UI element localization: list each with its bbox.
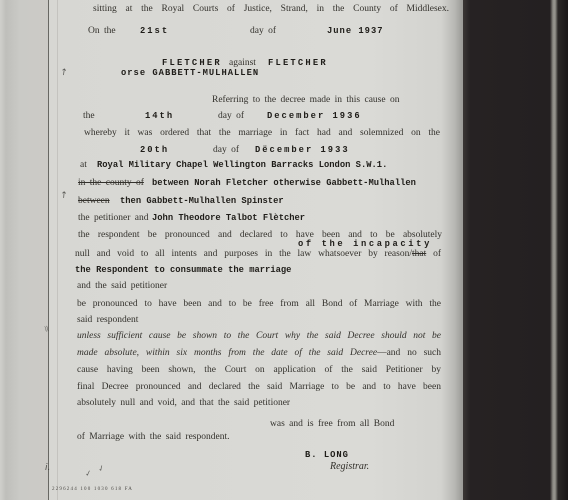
proviso-line-5: absolutely null and void, and that the s… [77, 398, 290, 408]
decree-nisi-month-year: December 1936 [267, 111, 362, 121]
day-of-label-1: day of [250, 26, 276, 36]
the-petitioner-and-label: the petitioner and [78, 213, 148, 223]
proviso-line-2-roman: —and no such [377, 348, 441, 358]
null-and-void-line: null and void to all intents and purpose… [75, 249, 441, 259]
free-from-bond-line: be pronounced to have been and to be fre… [77, 299, 441, 309]
said-respondent-line: said respondent [77, 315, 138, 325]
day-of-label-3: day of [213, 145, 239, 155]
proviso-line-4: final Decree pronounced and declared the… [77, 382, 441, 392]
proviso-line-1: unless sufficient cause be shown to the … [77, 331, 441, 341]
scanner-background [463, 0, 568, 500]
decree-absolute-month-year: June 1937 [327, 26, 384, 36]
sitting-line: sitting at the Royal Courts of Justice, … [93, 4, 449, 14]
page-crease-line [57, 0, 58, 500]
referring-line: Referring to the decree made in this cau… [212, 95, 399, 105]
marriage-day: 20th [140, 145, 169, 155]
pencil-mark-top: ↑ [59, 68, 68, 79]
respondent-surname: FLETCHER [268, 58, 328, 68]
day-of-label-2: day of [218, 111, 244, 121]
and-said-petitioner-line: and the said petitioner [77, 281, 167, 291]
registrar-signature: B. LONG [305, 450, 349, 460]
decree-nisi-day: 14th [145, 111, 174, 121]
proviso-line-2-italic: made absolute, within six months from th… [77, 348, 377, 358]
between-parties: between Norah Fletcher otherwise Gabbett… [152, 178, 416, 188]
that-struck: that [412, 249, 426, 259]
respondent-name: John Theodore Talbot Flètcher [152, 213, 305, 223]
on-the-label: On the [88, 26, 116, 36]
pencil-mark-i: i. [45, 463, 50, 473]
was-free-line: was and is free from all Bond [270, 419, 394, 429]
at-label: at [80, 160, 87, 170]
otherwise-line: orse GABBETT-MULHALLEN [121, 68, 259, 78]
between-struck: between [78, 196, 110, 206]
consummate-line: the Respondent to consummate the marriag… [75, 265, 291, 275]
petitioner-surname: FLETCHER [162, 58, 222, 68]
null-void-pre: null and void to all intents and purpose… [75, 249, 412, 259]
incapacity-insert: of the incapacity [298, 239, 432, 249]
against-label: against [229, 58, 256, 68]
then-spinster-line: then Gabbett-Mulhallen Spinster [120, 196, 284, 206]
decree-absolute-day: 21st [140, 26, 169, 36]
registrar-title: Registrar. [330, 461, 369, 472]
the-label: the [83, 111, 95, 121]
form-print-code: 2296244 100 1030 618 FA [52, 487, 133, 492]
page-left-margin [0, 0, 48, 500]
proviso-line-3: cause having been shown, the Court on ap… [77, 365, 441, 375]
page-edge-line [48, 0, 49, 500]
of-marriage-end-line: of Marriage with the said respondent. [77, 432, 229, 442]
marriage-month-year: Dëcember 1933 [255, 145, 350, 155]
proviso-line-2: made absolute, within six months from th… [77, 348, 441, 358]
in-the-county-of-struck: in the county of [78, 178, 144, 188]
whereby-line: whereby it was ordered that the marriage… [84, 128, 440, 138]
pencil-mark-middle: ↑ [60, 191, 68, 202]
scanned-decree-document: sitting at the Royal Courts of Justice, … [0, 0, 568, 500]
marriage-place: Royal Military Chapel Wellington Barrack… [97, 160, 387, 170]
of-word: of [426, 249, 441, 259]
